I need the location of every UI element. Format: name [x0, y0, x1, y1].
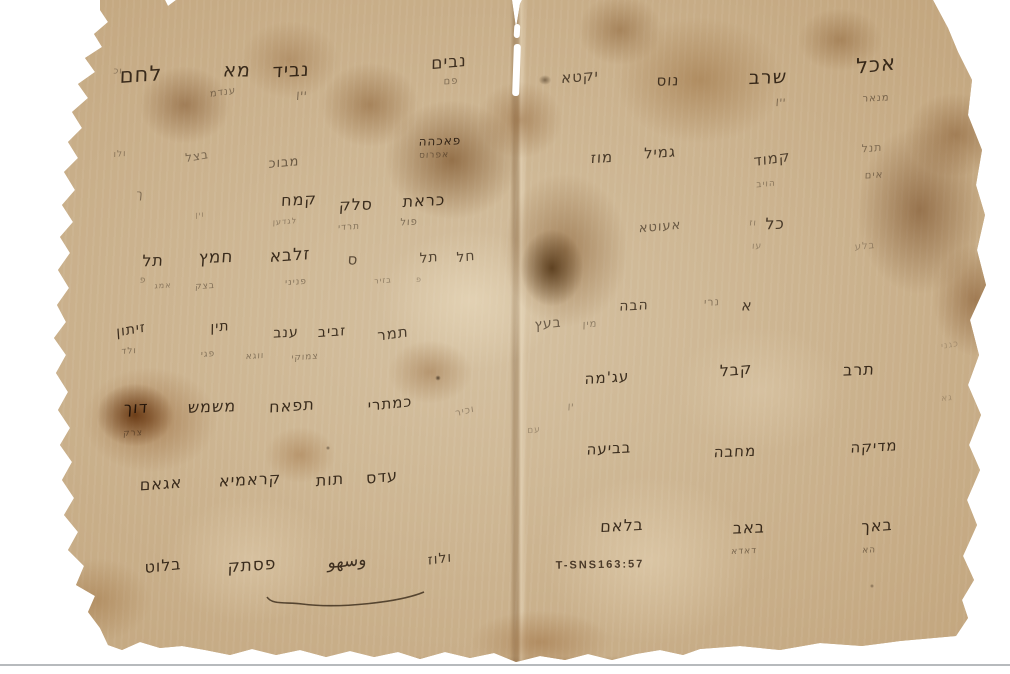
handwritten-word: משמש — [187, 398, 236, 416]
handwritten-word: בלוט — [145, 556, 182, 576]
handwritten-word: תפאח — [269, 396, 315, 415]
manuscript-photo: T-SNS163:57 לחםמאנבידנביםיקטאנוסשרבאכלפא… — [0, 0, 1010, 674]
handwritten-word: וכ — [113, 68, 123, 77]
handwritten-word: פניני — [285, 278, 307, 289]
handwritten-word: מבוכ — [269, 155, 300, 171]
handwritten-word: סלק — [339, 196, 374, 213]
handwritten-word: מנאר — [862, 93, 890, 104]
handwritten-word: וכיר — [455, 404, 476, 419]
handwritten-word: קבל — [720, 361, 753, 380]
handwritten-word: כמתרי — [368, 394, 413, 414]
handwritten-word: אפרוס — [419, 151, 450, 161]
handwritten-word: ווגא — [246, 352, 265, 362]
handwritten-word: כל — [765, 216, 786, 233]
handwritten-word: דאדא — [731, 547, 757, 557]
handwritten-word: ולוז — [428, 550, 453, 567]
handwritten-word: תל — [142, 253, 165, 270]
handwritten-word: ך — [136, 188, 145, 200]
handwritten-word: הבה — [619, 298, 649, 314]
handwritten-word: אכל — [856, 52, 896, 77]
handwritten-word: יין — [776, 97, 787, 107]
handwritten-word: כראת — [402, 192, 445, 210]
handwritten-word: נוס — [656, 73, 680, 89]
handwritten-word: זלבא — [269, 246, 310, 266]
handwritten-word: ענב — [273, 325, 299, 340]
handwritten-word: בלאם — [600, 517, 644, 535]
handwritten-word: הויב — [756, 180, 776, 191]
handwritten-word: בלע — [855, 241, 876, 253]
handwritten-word: תין — [210, 319, 229, 335]
handwritten-word: דוך — [123, 400, 149, 417]
tear-gap — [514, 24, 521, 38]
handwritten-word: פ — [416, 276, 423, 284]
handwritten-word: יין — [296, 88, 308, 99]
shelfmark-stamp: T-SNS163:57 — [556, 558, 645, 572]
handwritten-word: חל — [456, 249, 475, 266]
handwritten-word: אמג — [154, 282, 171, 291]
handwritten-word: בביעה — [586, 440, 632, 457]
handwritten-word: קמוד — [753, 149, 790, 169]
handwritten-word: תרדי — [338, 223, 360, 234]
handwritten-word: وسهو — [327, 552, 366, 572]
handwritten-word: ענדמ — [210, 86, 237, 100]
handwritten-word: עם — [527, 426, 541, 436]
handwritten-word: חמץ — [198, 249, 234, 267]
handwritten-word: בצק — [195, 282, 215, 292]
handwritten-word: יקטא — [561, 68, 599, 86]
handwritten-word: פ — [139, 277, 147, 286]
handwritten-word: מין — [582, 319, 597, 330]
handwritten-word: ס — [347, 253, 359, 268]
handwritten-word: עג'מה — [584, 369, 629, 387]
handwritten-word: א — [741, 299, 754, 314]
handwritten-word: אים — [864, 170, 883, 181]
handwritten-word: זיתון — [116, 320, 146, 339]
handwritten-word: כגני — [941, 340, 959, 352]
handwritten-word: מוז — [590, 150, 613, 166]
bottom-rule — [0, 664, 1010, 666]
handwritten-word: צרק — [123, 429, 143, 439]
handwritten-word: ולד — [121, 347, 137, 357]
handwritten-word: פגי — [201, 350, 216, 360]
handwritten-word: באך — [861, 517, 893, 535]
handwritten-word: פול — [400, 218, 418, 229]
handwritten-word: תות — [316, 471, 345, 490]
handwritten-word: גא — [941, 394, 953, 404]
handwritten-word: עו — [752, 242, 763, 252]
handwritten-word: שרב — [748, 68, 787, 88]
handwritten-word: מדיקה — [850, 438, 898, 456]
handwritten-word: בעץ — [534, 316, 561, 333]
handwritten-word: הא — [862, 546, 877, 556]
handwritten-word: נבים — [431, 53, 467, 73]
handwritten-word: אגאם — [139, 474, 182, 493]
handwritten-word: אעוטא — [639, 219, 682, 236]
handwritten-word: גמיל — [644, 144, 677, 161]
handwritten-word: וז — [749, 220, 758, 229]
handwritten-word: מחבה — [713, 444, 756, 461]
handwritten-word: לחם — [119, 63, 162, 87]
handwritten-word: עדס — [366, 467, 398, 486]
handwritten-word: בצל — [185, 148, 209, 164]
handwritten-word: ולו — [113, 150, 126, 160]
handwritten-word: פסתק — [227, 556, 276, 576]
handwriting-layer: T-SNS163:57 לחםמאנבידנביםיקטאנוסשרבאכלפא… — [0, 0, 1010, 674]
handwritten-word: פם — [443, 76, 458, 87]
handwritten-word: נביד — [272, 60, 310, 81]
handwritten-word: תרב — [843, 361, 876, 378]
handwritten-word: לגדען — [273, 217, 298, 227]
handwritten-word: תל — [419, 250, 438, 266]
handwritten-word: תמר — [377, 324, 409, 343]
handwritten-word: מא — [222, 62, 252, 81]
handwritten-word: באב — [732, 519, 765, 536]
handwritten-word: צמוקי — [291, 353, 319, 364]
handwritten-word: תנל — [861, 142, 882, 155]
handwritten-word: בזיר — [374, 276, 392, 286]
handwritten-word: פאכהה — [418, 134, 461, 148]
handwritten-word: זביב — [318, 324, 347, 340]
handwritten-word: קראמיא — [219, 470, 282, 489]
handwritten-word: וין — [195, 211, 205, 220]
handwritten-word: ין — [568, 402, 575, 411]
handwritten-word: נרי — [704, 296, 720, 308]
handwritten-word: קמח — [281, 191, 317, 209]
